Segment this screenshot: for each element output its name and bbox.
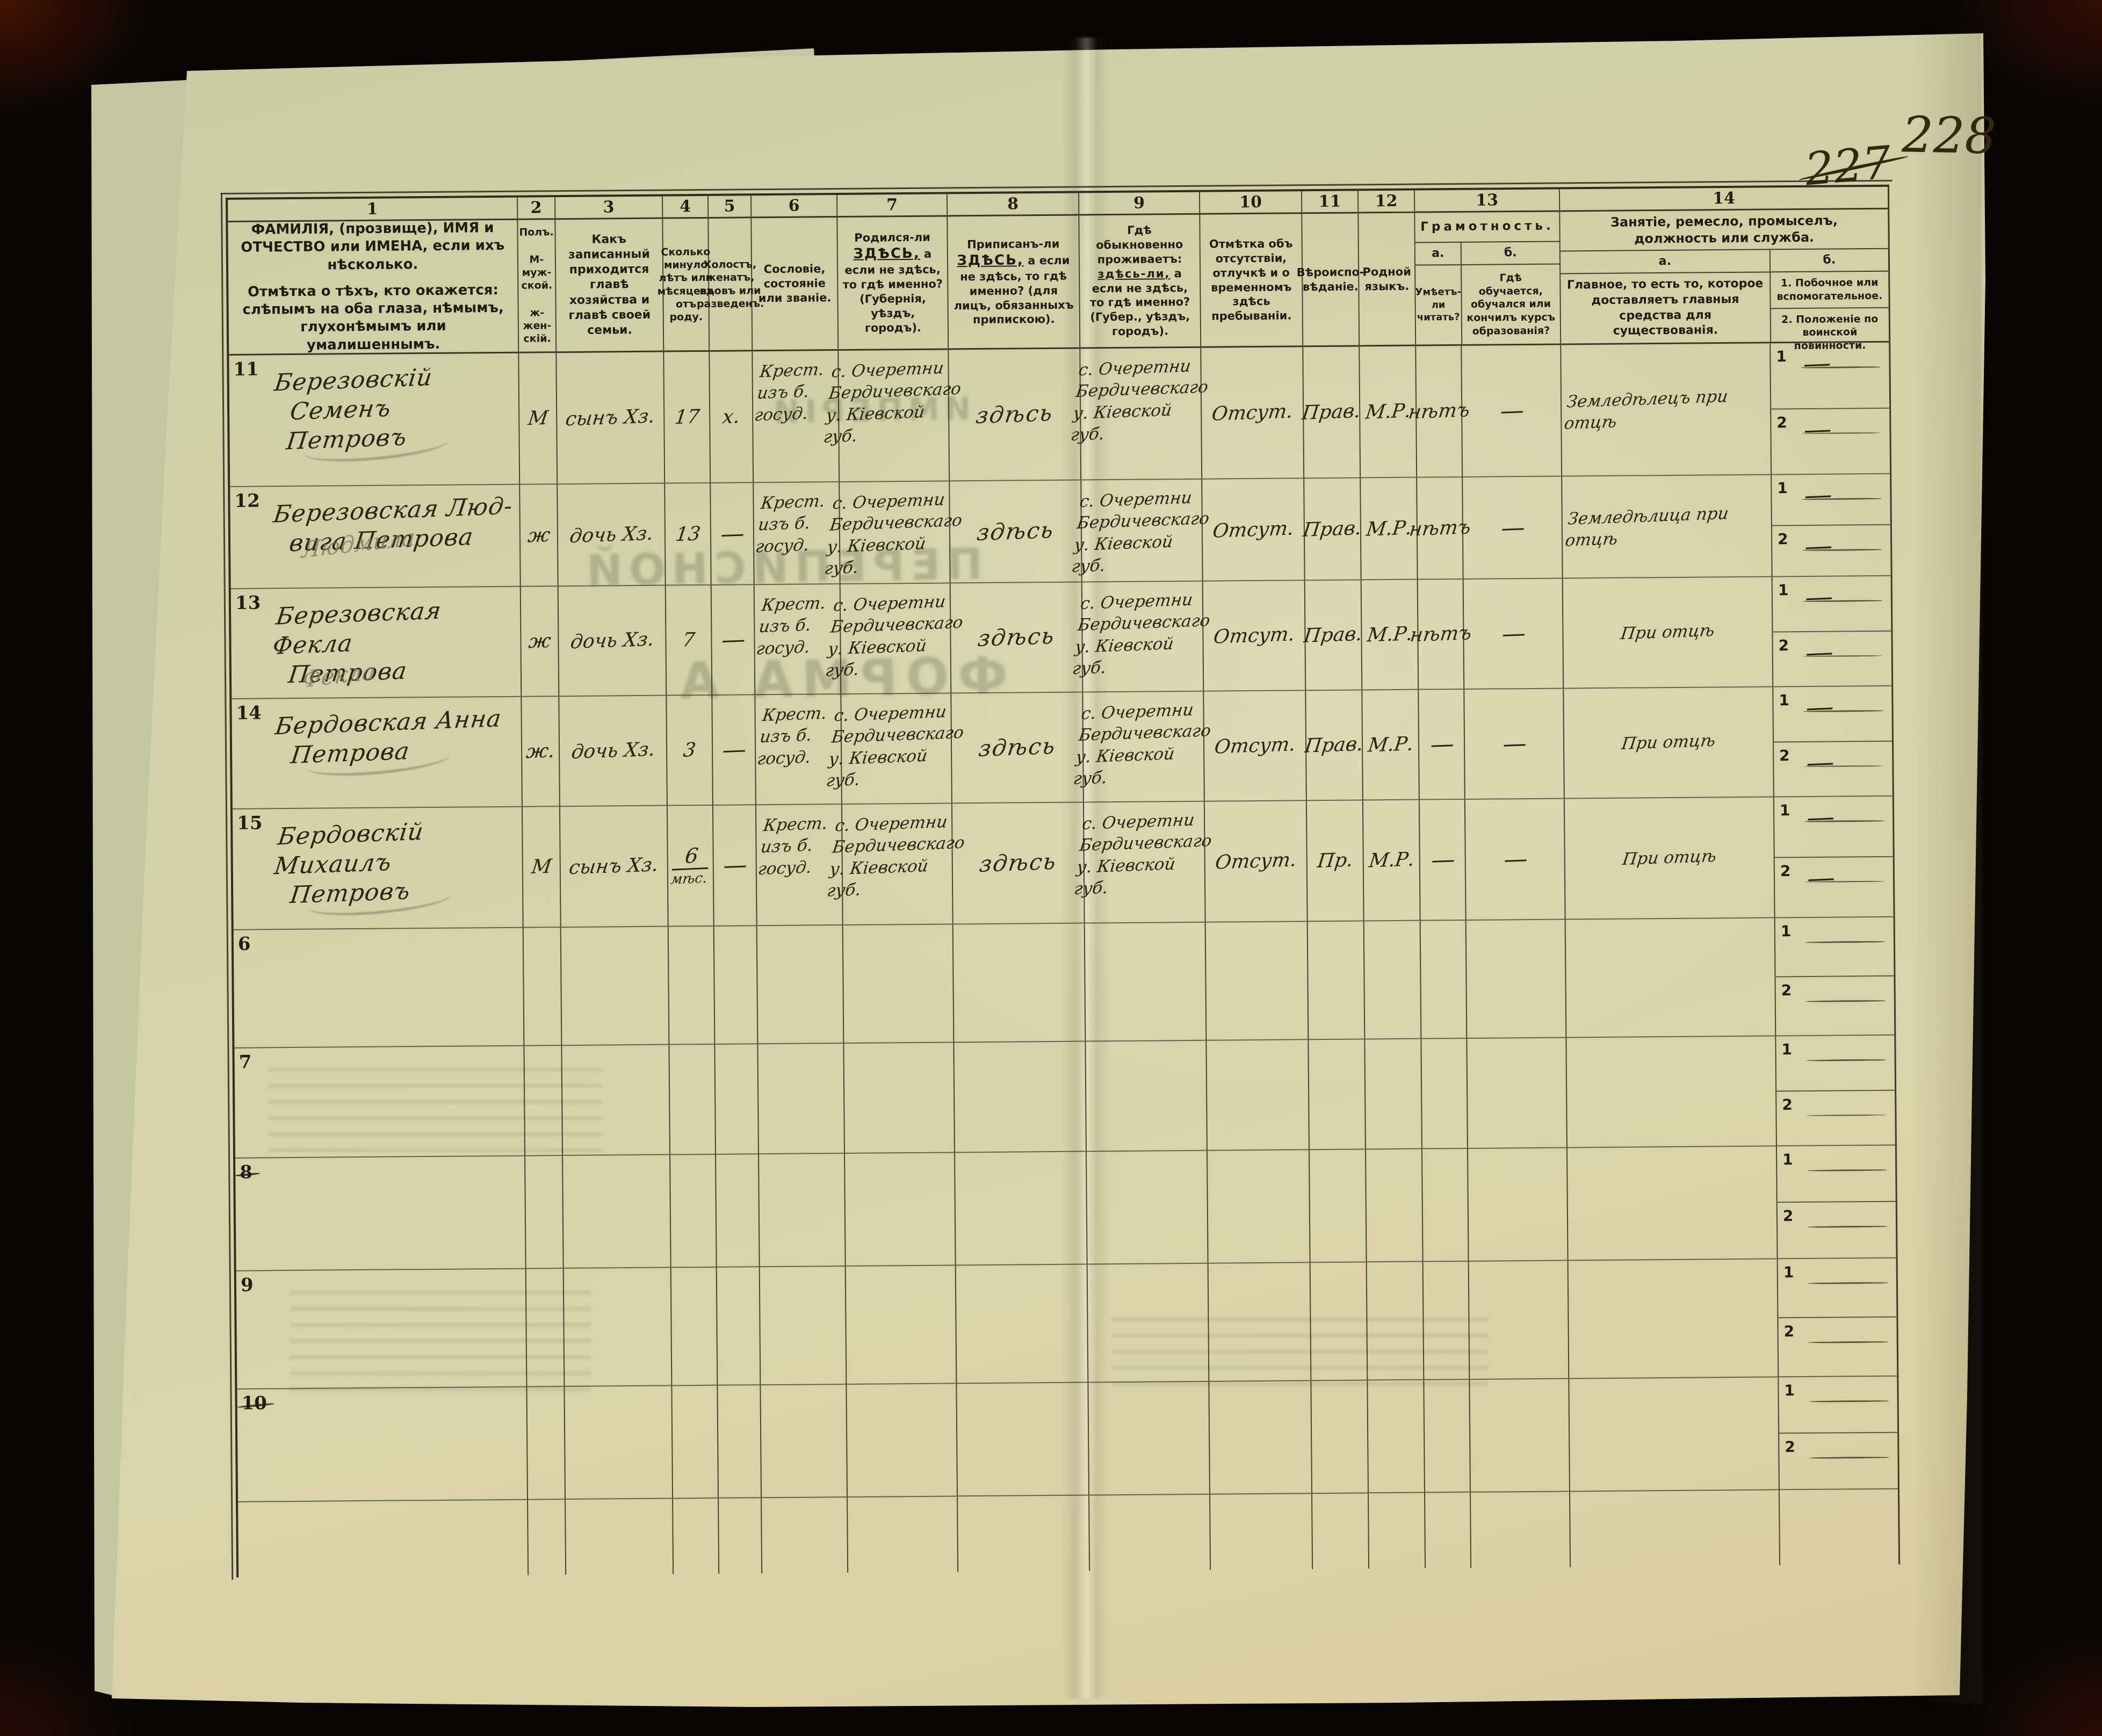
cell-marital: [714, 926, 759, 1045]
cell-registered: [955, 1152, 1088, 1265]
cell-age: 7: [666, 585, 713, 696]
handwritten-entry: Земледѣлица при отцѣ: [1564, 501, 1769, 552]
cell-religion: [1310, 1149, 1367, 1263]
military-subcell: 2—: [1772, 524, 1891, 576]
header-literacy-edu: Гдѣ обучается, обучался или кончилъ курс…: [1462, 265, 1560, 344]
col-number: 13: [1415, 189, 1560, 213]
handwritten-entry: здѣсь: [974, 399, 1055, 430]
printed-line-number: 1: [1780, 801, 1790, 819]
military-subcell: 2—: [1773, 630, 1891, 686]
handwritten-entry: с. Очеретни Бердичевскаго у. Кіевской гу…: [822, 357, 965, 448]
cell-language: М.Р.: [1362, 690, 1420, 801]
handwritten-entry: дочь Хз.: [570, 737, 656, 765]
header-registered: Приписанъ-ли ЗДѢСЬ, а если не здѣсь, то …: [948, 216, 1080, 350]
handwritten-entry: Крест. изъ б. госуд.: [756, 702, 840, 770]
cell-name: 8: [235, 1156, 526, 1271]
cell-birthplace: [844, 1043, 955, 1154]
cell-age: [671, 1268, 718, 1386]
handwritten-entry: ж.: [525, 739, 556, 764]
header-sex: Полъ. М-муж-ской. ж-жен-скій.: [518, 220, 557, 353]
cell-religion: [1308, 921, 1366, 1040]
cell-language: [1366, 1149, 1424, 1263]
answer-rule-line: [1806, 1000, 1886, 1002]
cell-religion: [1309, 1039, 1366, 1150]
row-number: 9: [241, 1275, 254, 1296]
cell-occupation-side: 1—2—: [1773, 576, 1892, 688]
handwritten-entry: —: [1429, 844, 1456, 875]
handwritten-entry: здѣсь: [975, 516, 1056, 547]
header-occupation-side: 1. Побочное или вспомогательное.: [1771, 272, 1889, 308]
cell-name: 9: [236, 1269, 528, 1390]
cell-absence: [1209, 1263, 1312, 1381]
col-number: 1: [228, 198, 518, 222]
cell-literacy-read: нѣтъ: [1417, 478, 1463, 580]
handwritten-dash: —: [1802, 346, 1830, 382]
military-subcell: 2: [1778, 1317, 1897, 1377]
cell-marital: —: [713, 805, 757, 927]
handwritten-dash: —: [1804, 529, 1831, 565]
printed-line-number: 1: [1779, 691, 1789, 709]
cell-birthplace: с. Очеретни Бердичевскаго у. Кіевской гу…: [842, 804, 954, 925]
header-literacy-group: Грамотность. а. Умѣетъ-ли читать? б. Гдѣ…: [1415, 212, 1561, 346]
cell-occupation-side: 12: [1775, 917, 1895, 1037]
cell-literacy-edu: [1467, 1038, 1568, 1148]
cell-religion: [1311, 1262, 1368, 1381]
table-extension-line: [1570, 1490, 1780, 1567]
cell-registered: здѣсь: [952, 802, 1085, 924]
side-occupation-subcell: 1: [1776, 1036, 1895, 1090]
cell-occupation-side: 1—2—: [1771, 343, 1890, 475]
handwritten-entry: Прав.: [1303, 622, 1364, 648]
handwritten-entry: —: [1499, 512, 1526, 543]
cell-name: 14Бердовская АннаПетрова: [232, 697, 523, 809]
cell-occupation-main: Земледѣлецъ при отцѣ: [1561, 343, 1772, 476]
military-subcell: 2—: [1774, 740, 1892, 796]
cell-occupation-side: 1—2—: [1773, 686, 1892, 798]
cell-birthplace: [847, 1384, 958, 1498]
cell-language: [1368, 1380, 1425, 1494]
header-name-note: Отмѣтка о тѣхъ, кто окажется: слѣпымъ на…: [240, 281, 506, 355]
sublabel-a: а.: [1415, 243, 1461, 266]
cell-residence: [1088, 1382, 1210, 1496]
side-occupation-subcell: 1—: [1773, 576, 1891, 631]
name-line: Бердовскій Михаилъ: [273, 813, 523, 881]
col-number: 3: [555, 197, 663, 220]
handwritten-entry: —: [721, 850, 748, 881]
cell-birthplace: [846, 1265, 957, 1385]
handwritten-entry: Крест. изъ б. госуд.: [755, 592, 840, 660]
military-subcell: 2: [1779, 1432, 1898, 1489]
military-subcell: 2—: [1771, 407, 1890, 474]
handwritten-entry: с. Очеретни Бердичевскаго у. Кіевской гу…: [1073, 808, 1216, 900]
cell-registered: [954, 1041, 1087, 1153]
cell-sex: [525, 1156, 564, 1269]
cell-age: 17: [664, 352, 711, 484]
printed-line-number: 1: [1776, 348, 1787, 365]
handwritten-entry: Отсут.: [1212, 622, 1296, 649]
cell-literacy-read: [1421, 1039, 1468, 1149]
cell-name: 6: [234, 928, 525, 1048]
cell-name: 12Березовская Люд-вига ПетроваЛюдмила: [230, 485, 521, 589]
handwritten-entry: При отцѣ: [1621, 845, 1717, 871]
handwritten-entry: дочь Хз.: [568, 521, 655, 548]
table-extension-line: [673, 1499, 719, 1574]
sublabel-b: б.: [1771, 249, 1889, 273]
side-occupation-subcell: 1—: [1773, 686, 1892, 741]
header-literacy-b: б. Гдѣ обучается, обучался или кончилъ к…: [1460, 242, 1560, 344]
table-extension-line: [958, 1495, 1090, 1572]
cell-marital: [716, 1154, 760, 1268]
cell-literacy-edu: [1468, 1148, 1569, 1261]
handwritten-entry: —: [720, 625, 746, 655]
header-sex-male: М-муж-ской.: [519, 253, 554, 292]
header-absence: Отмѣтка объ отсутствіи, отлучкѣ и о врем…: [1200, 214, 1303, 348]
cell-marital: —: [712, 585, 756, 696]
cell-registered: здѣсь: [949, 349, 1081, 482]
side-occupation-subcell: 1: [1775, 917, 1894, 977]
handwritten-entry: Отсут.: [1213, 732, 1297, 759]
answer-rule-line: [1807, 1114, 1887, 1116]
cell-birthplace: с. Очеретни Бердичевскаго у. Кіевской гу…: [841, 583, 952, 695]
col-number: 10: [1200, 191, 1302, 214]
header-literacy-a: а. Умѣетъ-ли читать?: [1415, 243, 1461, 345]
cell-literacy-edu: —: [1462, 345, 1562, 477]
printed-line-number: 1: [1777, 479, 1788, 497]
printed-line-number: 1: [1781, 1040, 1792, 1058]
col-number: 7: [837, 194, 948, 218]
handwritten-entry: ж: [526, 523, 552, 547]
handwritten-entry: Крест. изъ б. госуд.: [753, 358, 837, 426]
cell-relation: [563, 1155, 671, 1269]
cell-occupation-side: 1—2—: [1772, 474, 1890, 577]
cell-sex: [524, 928, 562, 1046]
answer-rule-line: [1807, 1169, 1887, 1171]
handwritten-entry: с. Очеретни Бердичевскаго у. Кіевской гу…: [826, 811, 969, 902]
handwritten-entry: Отсут.: [1210, 399, 1294, 426]
handwritten-entry: с. Очеретни Бердичевскаго у. Кіевской гу…: [1070, 355, 1212, 446]
cell-marital: [717, 1267, 761, 1386]
header-occupation-b: б. 1. Побочное или вспомогательное. 2. П…: [1769, 249, 1889, 342]
military-subcell: 2: [1778, 1201, 1896, 1258]
cell-literacy-edu: [1467, 920, 1567, 1038]
handwritten-entry: Отсут.: [1211, 516, 1295, 543]
cell-estate: [759, 1154, 846, 1267]
handwritten-entry: здѣсь: [978, 848, 1058, 879]
cell-literacy-edu: —: [1463, 476, 1563, 579]
handwritten-entry: Прав.: [1301, 399, 1362, 425]
table-extension-line: [528, 1500, 566, 1575]
answer-rule-line: [1807, 1059, 1886, 1061]
printed-line-number: 2: [1782, 1096, 1793, 1113]
cell-relation: дочь Хз.: [559, 586, 667, 697]
printed-line-number: 2: [1778, 530, 1788, 548]
handwritten-entry: 17: [673, 404, 701, 430]
header-language: Родной языкъ.: [1359, 213, 1416, 347]
table-extension-line: [1312, 1493, 1369, 1569]
handwritten-entry: сынъ Хз.: [568, 852, 660, 880]
cell-absence: [1208, 1150, 1311, 1263]
cell-occupation-main: [1569, 1377, 1780, 1492]
printed-line-number: 1: [1778, 581, 1789, 599]
cell-sex: М: [519, 353, 558, 485]
cell-residence: [1087, 1151, 1209, 1265]
cell-language: [1364, 921, 1422, 1040]
table-extension-line: [1210, 1494, 1313, 1569]
scanned-census-photo: { "corner": { "old_page_number": "227", …: [0, 0, 2102, 1736]
cell-sex: [527, 1387, 566, 1500]
cell-sex: [526, 1269, 565, 1387]
handwritten-dash: —: [1806, 800, 1833, 836]
cell-occupation-main: [1568, 1146, 1778, 1261]
side-occupation-subcell: 1—: [1774, 797, 1893, 857]
cell-relation: сынъ Хз.: [560, 806, 669, 928]
cell-occupation-main: При отцѣ: [1563, 577, 1774, 689]
handwritten-entry: Пр.: [1316, 848, 1354, 873]
cell-sex: М: [523, 807, 561, 928]
handwritten-entry: нѣтъ: [1408, 515, 1472, 541]
col-number: 4: [663, 196, 709, 219]
cell-residence: с. Очеретни Бердичевскаго у. Кіевской гу…: [1080, 348, 1202, 481]
cell-residence: [1085, 923, 1207, 1042]
cell-marital: —: [712, 695, 756, 806]
printed-line-number: 1: [1783, 1263, 1794, 1281]
table-extension-line: [848, 1496, 958, 1573]
cell-relation: [562, 1045, 670, 1156]
header-occupation-a: а. Главное, то есть то, которое доставля…: [1561, 250, 1770, 343]
handwritten-entry: Крест. изъ б. госуд.: [754, 490, 839, 558]
cell-literacy-edu: —: [1464, 578, 1564, 689]
handwritten-dash: —: [1804, 580, 1832, 616]
row-number: 11: [233, 359, 259, 380]
header-sex-title: Полъ.: [519, 226, 554, 240]
cell-literacy-read: нѣтъ: [1416, 346, 1463, 478]
handwritten-entry: нѣтъ: [1408, 621, 1473, 647]
cell-residence: с. Очеретни Бердичевскаго у. Кіевской гу…: [1082, 582, 1204, 693]
answer-rule-line: [1809, 1341, 1888, 1343]
cell-residence: с. Очеретни Бердичевскаго у. Кіевской гу…: [1083, 692, 1205, 803]
printed-line-number: 2: [1776, 414, 1787, 431]
handwritten-entry: с. Очеретни Бердичевскаго у. Кіевской гу…: [825, 700, 968, 792]
table-extension-line: [762, 1498, 848, 1573]
handwritten-entry: —: [1498, 395, 1525, 426]
printed-line-number: 1: [1782, 1151, 1793, 1168]
cell-marital: —: [711, 483, 754, 585]
col-number: 14: [1560, 187, 1888, 212]
header-name: ФАМИЛІЯ, (прозвище), ИМЯ и ОТЧЕСТВО или …: [228, 220, 519, 356]
cell-literacy-read: нѣтъ: [1418, 580, 1465, 690]
handwritten-entry: Прав.: [1302, 516, 1363, 542]
handwritten-entry: —: [1501, 728, 1527, 759]
cell-literacy-read: [1422, 1149, 1469, 1262]
header-occupation-main: Главное, то есть то, которое доставляетъ…: [1561, 273, 1770, 344]
printed-line-number: 2: [1779, 747, 1790, 764]
cell-absence: Отсут.: [1205, 801, 1308, 922]
side-occupation-subcell: 1—: [1771, 343, 1889, 408]
col-number: 11: [1302, 191, 1359, 214]
printed-line-number: 2: [1785, 1438, 1795, 1456]
side-occupation-subcell: 1—: [1772, 474, 1890, 525]
row-number: 8: [240, 1162, 252, 1183]
cell-marital: х.: [710, 351, 754, 483]
answer-rule-line: [1809, 1400, 1889, 1402]
cell-absence: [1207, 1040, 1310, 1151]
handwritten-entry: с. Очеретни Бердичевскаго у. Кіевской гу…: [824, 488, 966, 580]
cell-sex: ж.: [522, 697, 560, 807]
header-residence: Гдѣ обыкновенно проживаетъ: здѣсь-ли, а …: [1079, 215, 1201, 349]
military-subcell: 2—: [1775, 856, 1894, 917]
row-number: 7: [239, 1052, 251, 1073]
answer-rule-line: [1810, 1457, 1889, 1459]
census-table: 1 2 3 4 5 6 7 8 9 10 11 12 13 14 ФАМИЛІЯ…: [226, 185, 1900, 1578]
handwritten-entry: дочь Хз.: [569, 627, 655, 655]
header-literacy-title: Грамотность.: [1415, 212, 1559, 243]
cell-estate: [760, 1267, 847, 1385]
handwritten-entry: М.Р.: [1364, 399, 1412, 425]
cell-absence: Отсут.: [1202, 479, 1305, 581]
printed-line-number: 2: [1781, 981, 1792, 999]
cell-name: 11БерезовскійСеменъ Петровъ: [229, 353, 520, 487]
row-number: 10: [241, 1392, 267, 1414]
cell-occupation-side: 12: [1779, 1377, 1898, 1491]
handwritten-dash: —: [1803, 478, 1831, 513]
age-months-count: 6: [672, 845, 711, 871]
header-marital: Холостъ, женатъ, вдовъ или разведенъ.: [709, 218, 753, 352]
cell-registered: [956, 1264, 1089, 1384]
military-subcell: 2: [1775, 975, 1894, 1036]
printed-line-number: 2: [1779, 636, 1789, 654]
cell-estate: [757, 925, 844, 1044]
row-number: 15: [237, 812, 263, 834]
table-extension-line: [566, 1499, 674, 1575]
handwritten-entry: с. Очеретни Бердичевскаго у. Кіевской гу…: [1071, 486, 1213, 577]
handwritten-entry: М.Р.: [1367, 732, 1415, 757]
header-occupation-title: Занятіе, ремесло, промыселъ, должность и…: [1560, 209, 1888, 252]
printed-line-number: 2: [1784, 1322, 1795, 1340]
header-relation: Какъ записанный приходится главѣ хозяйст…: [555, 219, 664, 353]
answer-rule-line: [1805, 941, 1885, 943]
cell-age: [672, 1386, 719, 1499]
age-fraction: 6мѣс.: [670, 845, 711, 887]
cell-registered: [954, 923, 1086, 1043]
cell-birthplace: [843, 924, 955, 1044]
cell-occupation-main: [1566, 1036, 1777, 1148]
handwritten-entry: —: [719, 518, 745, 549]
row-number: 14: [236, 703, 262, 724]
handwritten-dash: —: [1803, 411, 1830, 447]
answer-rule-line: [1808, 1282, 1888, 1284]
cell-age: [669, 1045, 716, 1155]
cell-literacy-edu: [1469, 1261, 1570, 1379]
cell-relation: сынъ Хз.: [557, 352, 665, 485]
cell-religion: Пр.: [1307, 800, 1364, 922]
handwritten-entry: здѣсь: [976, 622, 1057, 653]
header-sex-female: ж-жен-скій.: [519, 306, 554, 345]
cell-literacy-read: [1424, 1380, 1471, 1493]
cell-literacy-edu: —: [1464, 689, 1565, 799]
cell-occupation-side: 1—2—: [1774, 797, 1894, 918]
side-occupation-subcell: 1: [1778, 1258, 1897, 1318]
sublabel-b: б.: [1461, 242, 1559, 266]
cell-language: [1365, 1039, 1422, 1150]
military-subcell: 2: [1776, 1089, 1895, 1145]
handwritten-entry: 3: [682, 738, 697, 763]
cell-occupation-main: При отцѣ: [1564, 687, 1774, 799]
handwritten-entry: Земледѣлецъ при отцѣ: [1563, 384, 1769, 435]
table-extension-line: [1471, 1492, 1571, 1567]
cell-residence: с. Очеретни Бердичевскаго у. Кіевской гу…: [1081, 480, 1203, 583]
cell-birthplace: [845, 1153, 956, 1267]
cell-absence: [1209, 1381, 1312, 1494]
cell-religion: [1311, 1380, 1369, 1494]
handwritten-dash: —: [1805, 690, 1832, 726]
table-extension-line: [1780, 1489, 1898, 1566]
col-number: 8: [948, 193, 1079, 217]
cell-registered: здѣсь: [950, 481, 1082, 584]
row-number: 6: [238, 934, 251, 955]
cell-sex: ж: [520, 484, 558, 587]
handwritten-entry: Прав.: [1303, 732, 1364, 758]
cell-literacy-read: [1421, 921, 1468, 1039]
page-number-new: 228: [1902, 106, 1997, 165]
handwritten-entry: При отцѣ: [1620, 620, 1716, 645]
cell-sex: ж: [521, 587, 560, 697]
cell-occupation-main: Земледѣлица при отцѣ: [1562, 475, 1772, 578]
age-months-unit: мѣс.: [670, 869, 708, 887]
cell-occupation-main: [1566, 918, 1776, 1038]
cell-estate: [758, 1044, 845, 1154]
cell-absence: Отсут.: [1204, 691, 1307, 801]
col-number: 6: [752, 195, 837, 218]
cell-birthplace: с. Очеретни Бердичевскаго у. Кіевской гу…: [841, 693, 952, 805]
col-number: 5: [709, 196, 752, 219]
handwritten-entry: М.Р.: [1364, 516, 1413, 541]
cell-name: 15Бердовскій МихаилъПетровъ: [233, 807, 524, 930]
table-extension-line: [238, 1500, 529, 1578]
cell-literacy-read: [1424, 1262, 1470, 1380]
cell-registered: здѣсь: [951, 582, 1083, 693]
handwritten-dash: —: [1804, 634, 1832, 670]
cell-religion: Прав.: [1303, 346, 1361, 479]
cell-marital: [718, 1385, 762, 1499]
handwritten-entry: Крест. изъ б. госуд.: [757, 812, 841, 880]
cell-occupation-main: При отцѣ: [1565, 797, 1775, 920]
cell-age: 13: [665, 483, 711, 586]
cell-language: М.Р.: [1363, 800, 1421, 922]
cell-literacy-read: —: [1419, 690, 1465, 800]
header-name-main: ФАМИЛІЯ, (прозвище), ИМЯ и ОТЧЕСТВО или …: [240, 219, 505, 275]
cell-language: [1367, 1262, 1425, 1381]
handwritten-entry: М.Р.: [1367, 847, 1415, 873]
handwritten-entry: нѣтъ: [1407, 398, 1471, 424]
handwritten-entry: 7: [681, 628, 697, 653]
cell-relation: дочь Хз.: [559, 696, 668, 807]
col-number: 2: [518, 197, 555, 220]
printed-line-number: 1: [1781, 922, 1792, 940]
side-occupation-subcell: 1: [1777, 1146, 1896, 1202]
table-extension-line: [1369, 1493, 1426, 1569]
handwritten-entry: с. Очеретни Бердичевскаго у. Кіевской гу…: [824, 590, 967, 682]
handwritten-entry: х.: [721, 404, 741, 429]
cell-name: 13Березовская ФеклаПетроваФекла: [231, 587, 522, 699]
cell-religion: Прав.: [1306, 690, 1363, 801]
header-literacy-read: Умѣетъ-ли читать?: [1415, 265, 1461, 344]
cell-literacy-read: —: [1420, 800, 1467, 921]
table-extension-line: [719, 1498, 762, 1574]
cell-absence: [1206, 922, 1309, 1040]
handwritten-entry: М.Р.: [1366, 621, 1414, 647]
cell-marital: [715, 1044, 759, 1155]
cell-age: 6мѣс.: [668, 806, 714, 927]
